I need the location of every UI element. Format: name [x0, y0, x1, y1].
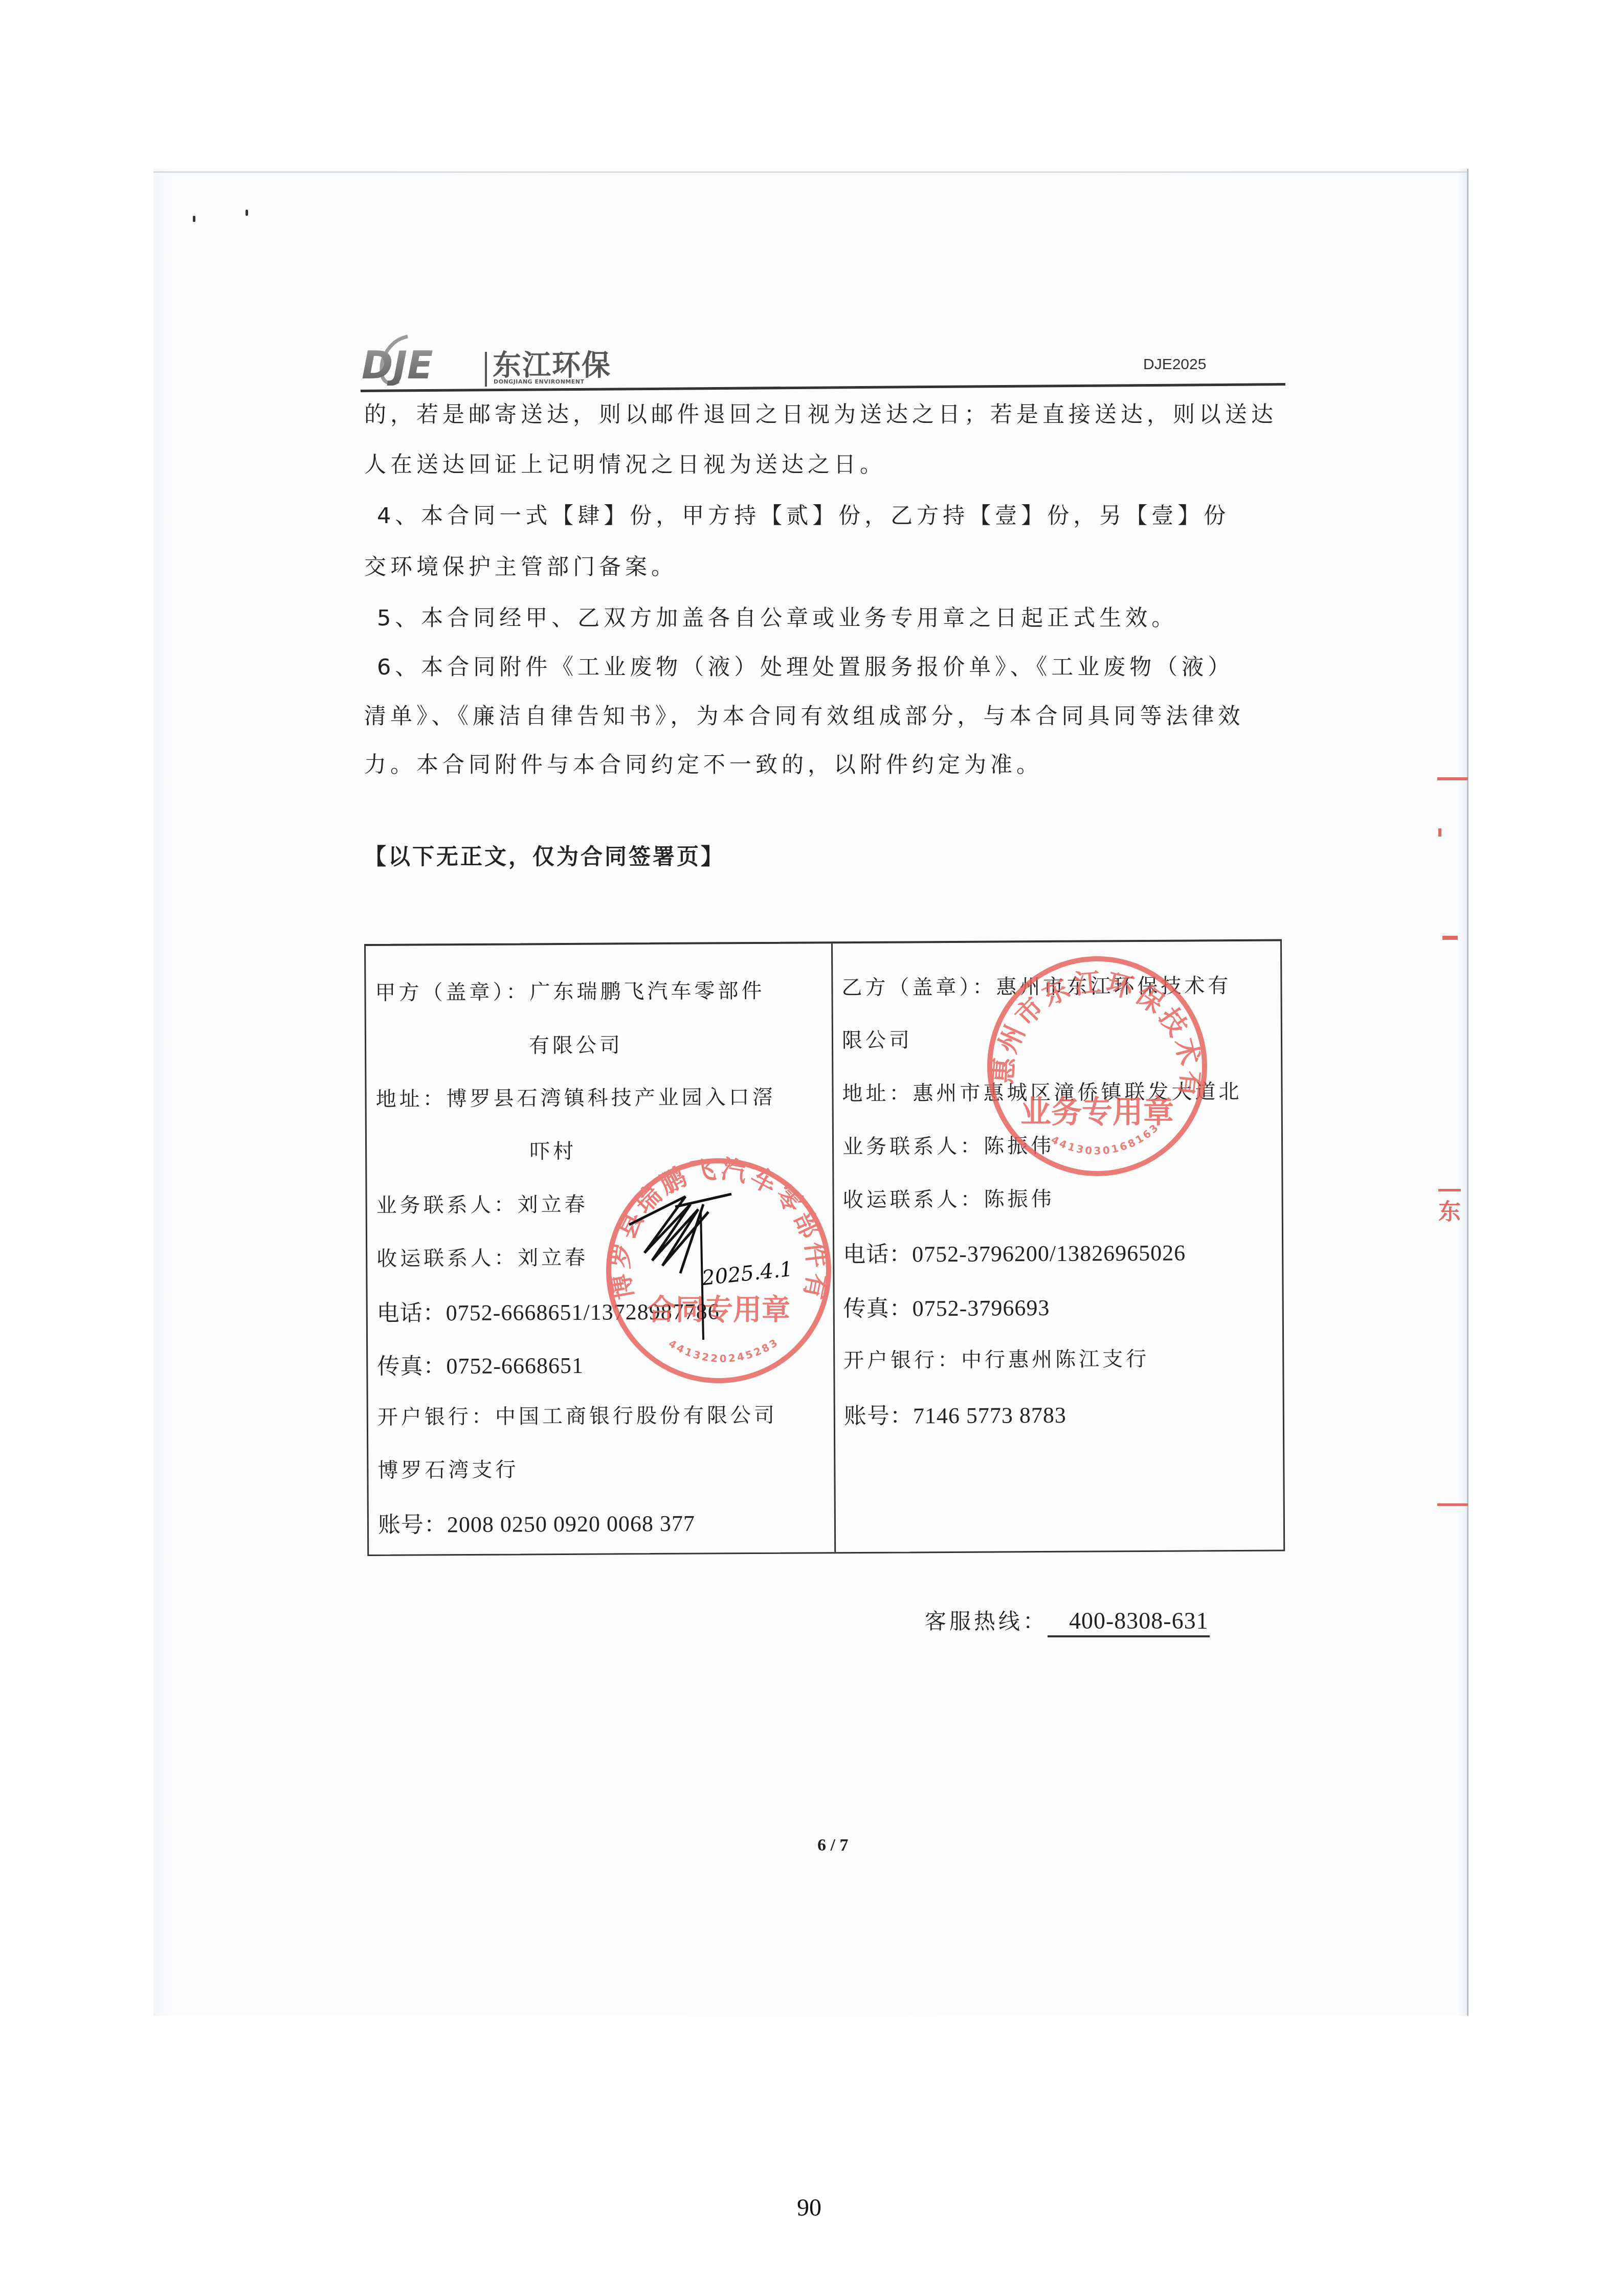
- scan-page-indicator: 6 / 7: [817, 1836, 848, 1855]
- document-code: DJE2025: [1143, 356, 1206, 373]
- body-line: 6、本合同附件《工业废物（液）处理处置服务报价单》、《工业废物（液）: [377, 657, 1234, 679]
- body-line: 力。本合同附件与本合同约定不一致的，以附件约定为准。: [364, 754, 1042, 776]
- body-line: 清单》、《廉洁自律告知书》，为本合同有效组成部分，与本合同具同等法律效: [364, 706, 1244, 728]
- edge-seal-fragment: [1442, 936, 1458, 940]
- party-a-address-cont: 吓村: [529, 1135, 576, 1164]
- table-column-divider: [831, 943, 836, 1552]
- logo-english-name: DONGJIANG ENVIRONMENT: [494, 378, 585, 385]
- party-a-name-cont: 有限公司: [529, 1029, 623, 1059]
- party-b-bank: 开户银行：中行惠州陈江支行: [843, 1343, 1149, 1374]
- party-b-transport-contact: 收运联系人：陈振伟: [842, 1183, 1054, 1213]
- scan-speck: [193, 216, 195, 222]
- edge-seal-fragment: [1437, 777, 1468, 811]
- party-a-bank-branch: 博罗石湾支行: [377, 1453, 519, 1483]
- party-a-phone: 电话：0752-6668651/13728987786: [377, 1293, 720, 1327]
- page-number: 90: [797, 2194, 821, 2222]
- party-b-name-cont: 限公司: [842, 1024, 913, 1053]
- scan-top-edge: [153, 171, 1467, 173]
- party-b-address: 地址：惠州市惠城区潼侨镇联发大道北: [842, 1075, 1242, 1107]
- body-line: 5、本合同经甲、乙双方加盖各自公章或业务专用章之日起正式生效。: [377, 607, 1177, 629]
- scan-speck: [246, 210, 248, 216]
- party-b-business-contact: 业务联系人：陈振伟: [842, 1130, 1054, 1160]
- edge-seal-fragment: 东: [1438, 1189, 1461, 1226]
- party-a-address: 地址：博罗县石湾镇科技产业园入口滘: [375, 1081, 775, 1112]
- body-line: 人在送达回证上记明情况之日视为送达之日。: [364, 454, 886, 476]
- party-a-transport-contact: 收运联系人：刘立春: [376, 1242, 588, 1272]
- svg-text:DJE: DJE: [362, 344, 433, 386]
- dje-logo-icon: DJE: [361, 334, 471, 386]
- hotline-number: 400-8308-631: [1048, 1607, 1210, 1637]
- party-a-bank: 开户银行：中国工商银行股份有限公司: [377, 1399, 777, 1430]
- body-line: 4、本合同一式【肆】份，甲方持【贰】份，乙方持【壹】份，另【壹】份: [377, 505, 1230, 527]
- party-b-phone: 电话：0752-3796200/13826965026: [843, 1234, 1186, 1269]
- body-line: 交环境保护主管部门备案。: [364, 556, 677, 578]
- company-logo: DJE 东江环保 DONGJIANG ENVIRONMENT: [361, 325, 627, 387]
- party-b-account: 账号：7146 5773 8783: [844, 1397, 1066, 1430]
- signature-table: 甲方（盖章）：广东瑞鹏飞汽车零部件 有限公司 地址：博罗县石湾镇科技产业园入口滘…: [364, 939, 1285, 1556]
- hotline-label: 客服热线：: [925, 1609, 1048, 1634]
- party-a-account: 账号：2008 0250 0920 0068 377: [378, 1505, 695, 1539]
- body-line: 的，若是邮寄送达，则以邮件退回之日视为送达之日；若是直接送达，则以送达: [364, 404, 1277, 426]
- party-b-fax: 传真：0752-3796693: [843, 1289, 1050, 1323]
- edge-seal-fragment: [1438, 828, 1441, 837]
- logo-divider: [485, 352, 487, 387]
- customer-hotline: 客服热线：400-8308-631: [925, 1605, 1210, 1637]
- party-a-name: 甲方（盖章）：广东瑞鹏飞汽车零部件: [375, 975, 765, 1006]
- party-a-business-contact: 业务联系人：刘立春: [376, 1188, 588, 1219]
- signature-page-notice: 【以下无正文，仅为合同签署页】: [364, 846, 725, 868]
- edge-seal-fragment: [1437, 1503, 1468, 1506]
- party-b-name: 乙方（盖章）：惠州市东江环保技术有: [841, 970, 1231, 1001]
- logo-chinese-name: 东江环保: [493, 343, 611, 384]
- party-a-fax: 传真：0752-6668651: [377, 1347, 584, 1381]
